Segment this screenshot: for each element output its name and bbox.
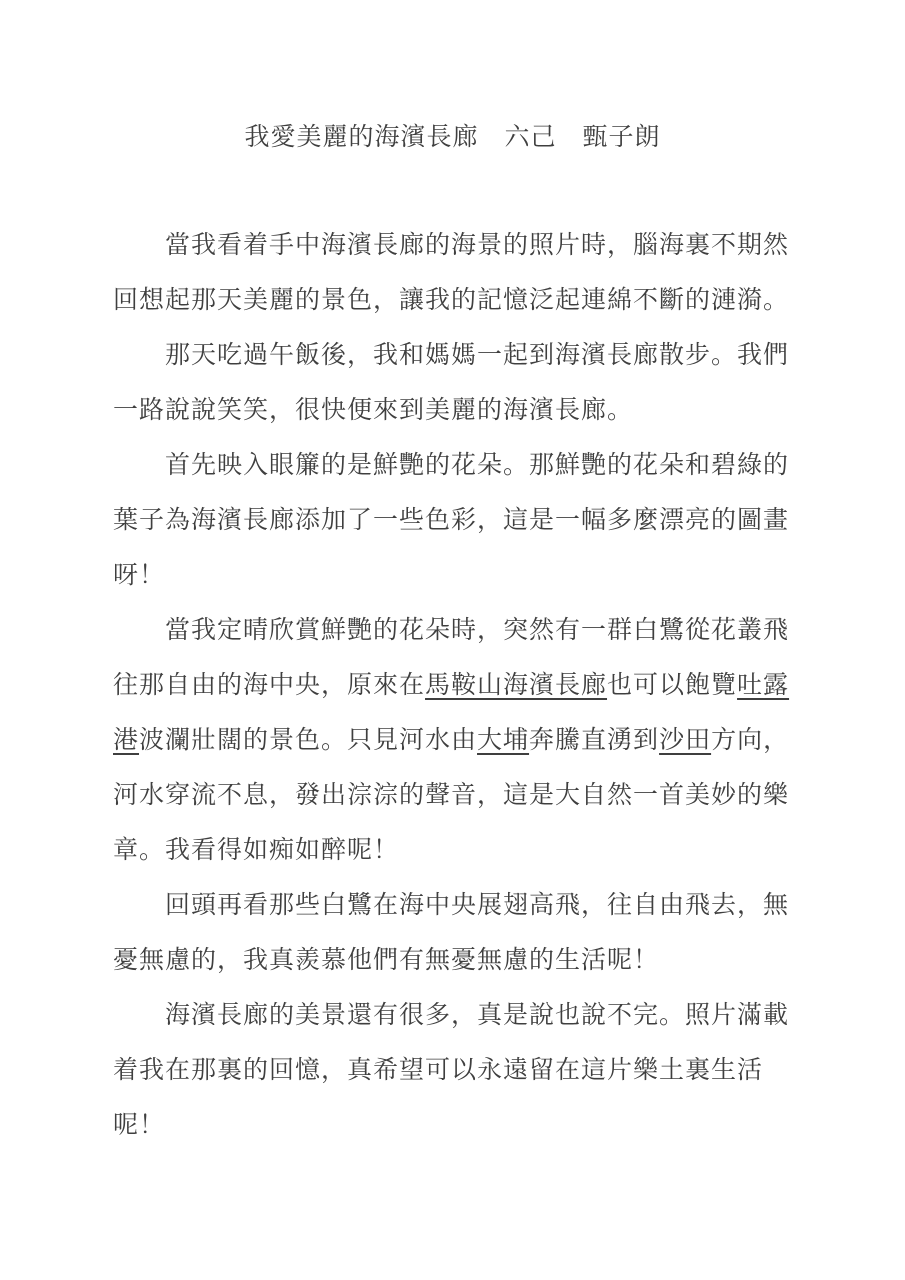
text-line: 那天吃過午飯後，我和媽媽一起到海濱長廊散步。我們 (113, 328, 813, 383)
text-line: 着我在那裏的回憶，真希望可以永遠留在這片樂土裏生活 (113, 1043, 813, 1098)
text-line: 呀！ (113, 548, 813, 603)
text-segment: 回頭再看那些白鷺在海中央展翅高飛，往自由飛去，無 (165, 891, 789, 919)
text-segment: 回想起那天美麗的景色，讓我的記憶泛起連綿不斷的漣漪。 (113, 286, 789, 314)
text-segment: 當我定晴欣賞鮮艷的花朵時，突然有一群白鷺從花叢飛 (165, 616, 789, 644)
text-line: 當我定晴欣賞鮮艷的花朵時，突然有一群白鷺從花叢飛 (113, 603, 813, 658)
text-segment: 葉子為海濱長廊添加了一些色彩，這是一幅多麼漂亮的圖畫 (113, 506, 789, 534)
text-segment: 河水穿流不息，發出淙淙的聲音，這是大自然一首美妙的樂 (113, 781, 789, 809)
text-line: 呢！ (113, 1098, 813, 1153)
text-line: 葉子為海濱長廊添加了一些色彩，這是一幅多麼漂亮的圖畫 (113, 493, 813, 548)
text-line: 回頭再看那些白鷺在海中央展翅高飛，往自由飛去，無 (113, 878, 813, 933)
document-title: 我愛美麗的海濱長廊 六己 甄子朗 (0, 110, 905, 165)
text-line: 河水穿流不息，發出淙淙的聲音，這是大自然一首美妙的樂 (113, 768, 813, 823)
text-segment: 波瀾壯闊的景色。只見河水由 (139, 726, 477, 754)
text-line: 往那自由的海中央，原來在馬鞍山海濱長廊也可以飽覽吐露 (113, 658, 813, 713)
text-segment: 奔騰直湧到 (529, 726, 659, 754)
text-segment: 呢！ (113, 1111, 165, 1139)
text-segment: 往那自由的海中央，原來在 (113, 671, 425, 699)
text-segment: 也可以飽覽 (607, 671, 737, 699)
text-segment: 一路說說笑笑，很快便來到美麗的海濱長廊。 (113, 396, 633, 424)
text-line: 港波瀾壯闊的景色。只見河水由大埔奔騰直湧到沙田方向， (113, 713, 813, 768)
text-segment: 着我在那裏的回憶，真希望可以永遠留在這片樂土裏生活 (113, 1056, 763, 1084)
text-segment: 當我看着手中海濱長廊的海景的照片時，腦海裏不期然 (165, 231, 789, 259)
text-segment: 方向， (711, 726, 789, 754)
text-line: 首先映入眼簾的是鮮艷的花朵。那鮮艷的花朵和碧綠的 (113, 438, 813, 493)
text-line: 回想起那天美麗的景色，讓我的記憶泛起連綿不斷的漣漪。 (113, 273, 813, 328)
text-line: 章。我看得如痴如醉呢！ (113, 823, 813, 878)
text-segment: 呀！ (113, 561, 165, 589)
text-line: 海濱長廊的美景還有很多，真是說也說不完。照片滿載 (113, 988, 813, 1043)
text-segment: 海濱長廊的美景還有很多，真是說也說不完。照片滿載 (165, 1001, 789, 1029)
text-segment: 憂無慮的，我真羨慕他們有無憂無慮的生活呢！ (113, 946, 659, 974)
underlined-text: 港 (113, 726, 139, 754)
underlined-text: 沙田 (659, 726, 711, 754)
text-line: 憂無慮的，我真羨慕他們有無憂無慮的生活呢！ (113, 933, 813, 988)
text-segment: 章。我看得如痴如醉呢！ (113, 836, 399, 864)
document-page: 我愛美麗的海濱長廊 六己 甄子朗 當我看着手中海濱長廊的海景的照片時，腦海裏不期… (0, 0, 905, 1280)
underlined-text: 吐露 (737, 671, 789, 699)
text-segment: 首先映入眼簾的是鮮艷的花朵。那鮮艷的花朵和碧綠的 (165, 451, 789, 479)
underlined-text: 大埔 (477, 726, 529, 754)
text-segment: 那天吃過午飯後，我和媽媽一起到海濱長廊散步。我們 (165, 341, 789, 369)
text-line: 當我看着手中海濱長廊的海景的照片時，腦海裏不期然 (113, 218, 813, 273)
underlined-text: 馬鞍山海濱長廊 (425, 671, 607, 699)
document-body: 當我看着手中海濱長廊的海景的照片時，腦海裏不期然回想起那天美麗的景色，讓我的記憶… (113, 218, 813, 1153)
text-line: 一路說說笑笑，很快便來到美麗的海濱長廊。 (113, 383, 813, 438)
